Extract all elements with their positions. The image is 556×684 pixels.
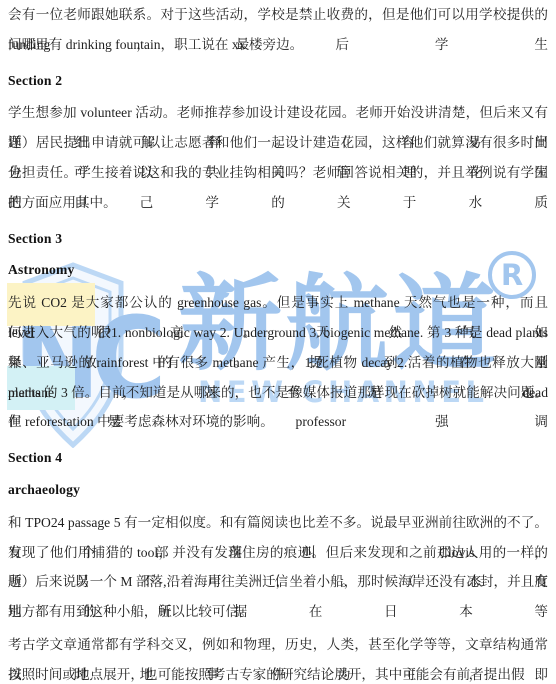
text-line: 和 TPO24 passage 5 有一定相似度。和有篇阅读也比差不多。说最早亚…	[8, 508, 548, 538]
text-line: 学生想参加 volunteer 活动。老师推荐参加设计建设花园。老师开始没讲清楚…	[8, 98, 548, 128]
document-text: 会有一位老师跟她联系。对于这些活动，学校是禁止收费的，但是他们可以用学校提供的 …	[0, 0, 556, 684]
heading-line: archaeology	[8, 475, 548, 505]
text-line: plants 的 3 倍。目前不知道是从哪来的，也不是像媒体报道那样现在砍掉树就…	[8, 378, 548, 408]
text-line: 会有一位老师跟她联系。对于这些活动，学校是禁止收费的，但是他们可以用学校提供的 …	[8, 0, 548, 30]
heading-line: Section 4	[8, 443, 548, 473]
heading-line: Astronomy	[8, 255, 548, 285]
text-line: 分担责任。学生接着说这和我的专业挂钩相关吗？老师回答说相关的，并且举例说有学生把…	[8, 158, 548, 188]
text-line: 先说 CO2 是大家都公认的 greenhouse gas。但是事实上 meth…	[8, 288, 548, 318]
document-page: NC 新航道 NEW CHANNEL R 会有一位老师跟她联系。对于这些活动，学…	[0, 0, 556, 684]
text-line: 考古学文章通常都有学科交叉，例如和物理，历史，人类，甚至化学等等，文章结构通常以…	[8, 630, 548, 660]
heading-line: Section 3	[8, 224, 548, 254]
text-line: 题）居民提出申请就可以让志愿者和他们一起设计建造花园，这样他们就算没有很多时间也…	[8, 128, 548, 158]
text-line: 何进入大气的呢?1. nonbiologic way 2. Undergroun…	[8, 318, 548, 348]
text-line: 题）后来说另一个 M 部落,沿着海岸往美洲迁，坐着小船，那时候海岸还没有冰封，并…	[8, 567, 548, 597]
text-line: 果、亚马逊的 rainforest 中有很多 methane 产生，1.死植物 …	[8, 348, 548, 378]
text-line: 发现了他们用捕猎的 tool，并没有发现住房的痕迹。但后来发现和之前那边人用的一…	[8, 538, 548, 568]
text-line: 按照时间或地点展开，也可能按照考古专家的研究结论展开，其中可能会有前者提出假设，…	[8, 660, 548, 684]
heading-line: Section 2	[8, 66, 548, 96]
